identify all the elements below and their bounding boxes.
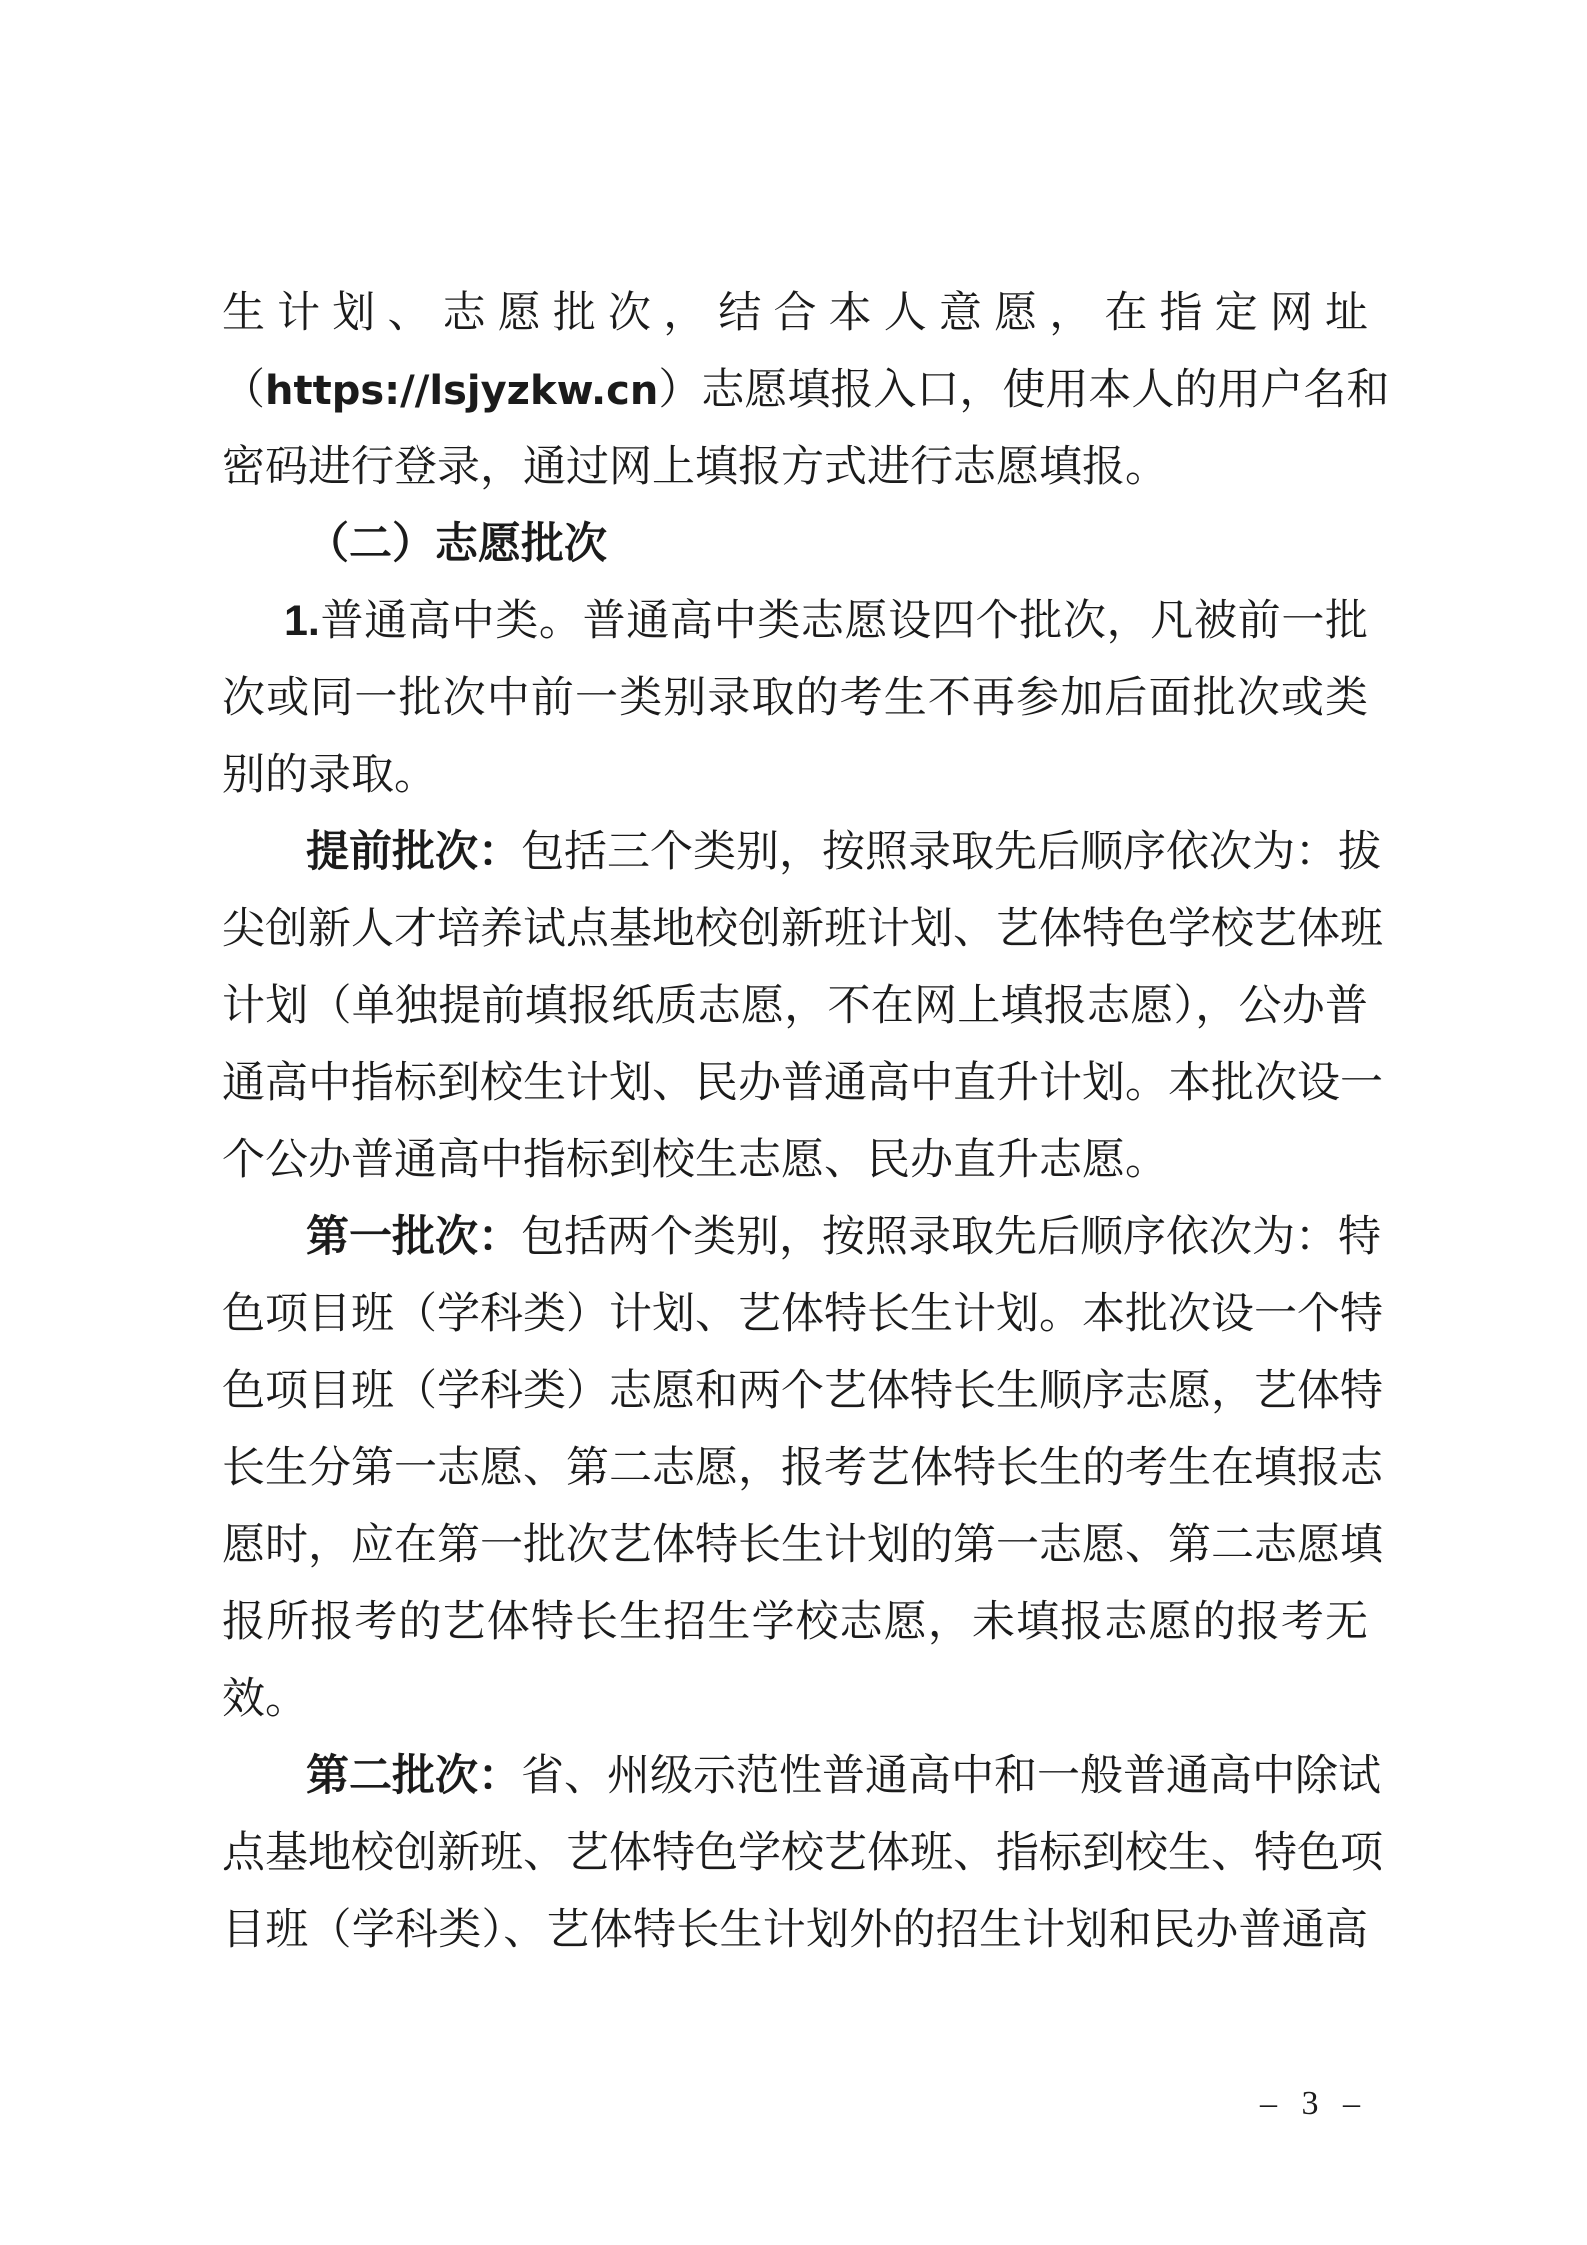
section-heading: （二）志愿批次 [222,506,1368,583]
document-body: 生计划、志愿批次，结合本人意愿，在指定网址 （https://lsjyzkw.c… [222,275,1368,1969]
paren-open: （ [222,367,265,414]
text-line: 次或同一批次中前一类别录取的考生不再参加后面批次或类 [222,660,1368,737]
text-line: 密码进行登录，通过网上填报方式进行志愿填报。 [222,429,1368,506]
text-line: 计划（单独提前填报纸质志愿，不在网上填报志愿），公办普 [222,968,1368,1045]
line-rest: ）志愿填报入口，使用本人的用户名和 [658,367,1389,414]
document-page: 生计划、志愿批次，结合本人意愿，在指定网址 （https://lsjyzkw.c… [0,0,1587,2245]
text-line: 长生分第一志愿、第二志愿，报考艺体特长生的考生在填报志 [222,1430,1368,1507]
line-rest: 包括两个类别，按照录取先后顺序依次为：特 [521,1214,1381,1261]
batch-label: 提前批次： [306,828,521,876]
text-line: 效。 [222,1661,1368,1738]
batch-label: 第一批次： [306,1213,521,1261]
text-line: 报所报考的艺体特长生招生学校志愿，未填报志愿的报考无 [222,1584,1368,1661]
text-line: 点基地校创新班、艺体特色学校艺体班、指标到校生、特色项 [222,1815,1368,1892]
text-line: 目班（学科类）、艺体特长生计划外的招生计划和民办普通高 [222,1892,1368,1969]
text-line: 色项目班（学科类）计划、艺体特长生计划。本批次设一个特 [222,1276,1368,1353]
text-line: 尖创新人才培养试点基地校创新班计划、艺体特色学校艺体班 [222,891,1368,968]
line-rest: 包括三个类别，按照录取先后顺序依次为：拔 [521,829,1381,876]
text-line: 个公办普通高中指标到校生志愿、民办直升志愿。 [222,1122,1368,1199]
batch-label: 第二批次： [306,1752,521,1800]
text-line: 生计划、志愿批次，结合本人意愿，在指定网址 [222,275,1368,352]
text-line: 色项目班（学科类）志愿和两个艺体特长生顺序志愿，艺体特 [222,1353,1368,1430]
text-line: 1.普通高中类。普通高中类志愿设四个批次，凡被前一批 [222,583,1368,660]
text-line: （https://lsjyzkw.cn）志愿填报入口，使用本人的用户名和 [222,352,1368,429]
item-number: 1. [284,597,320,645]
text-line: 提前批次：包括三个类别，按照录取先后顺序依次为：拔 [222,814,1368,891]
text-line: 第二批次：省、州级示范性普通高中和一般普通高中除试 [222,1738,1368,1815]
text-line: 通高中指标到校生计划、民办普通高中直升计划。本批次设一 [222,1045,1368,1122]
url-text: https://lsjyzkw.cn [265,368,658,414]
text-line: 愿时，应在第一批次艺体特长生计划的第一志愿、第二志愿填 [222,1507,1368,1584]
line-rest: 普通高中类。普通高中类志愿设四个批次，凡被前一批 [320,598,1368,645]
text-line: 第一批次：包括两个类别，按照录取先后顺序依次为：特 [222,1199,1368,1276]
page-number: – 3 – [1260,2082,1368,2126]
text-line: 别的录取。 [222,737,1368,814]
line-rest: 省、州级示范性普通高中和一般普通高中除试 [521,1753,1381,1800]
